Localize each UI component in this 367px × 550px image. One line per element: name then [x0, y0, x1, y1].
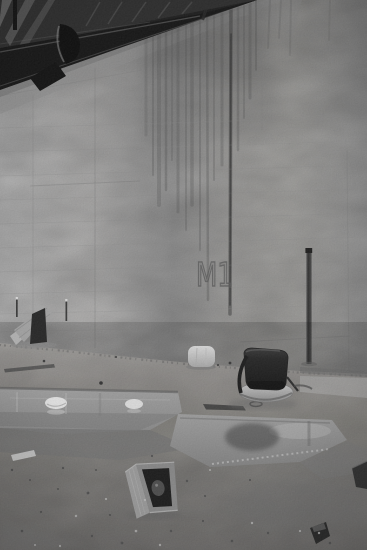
vignette: [0, 0, 367, 550]
abandoned-hall-photo: M1: [0, 0, 367, 550]
photo-canvas: M1: [0, 0, 367, 550]
